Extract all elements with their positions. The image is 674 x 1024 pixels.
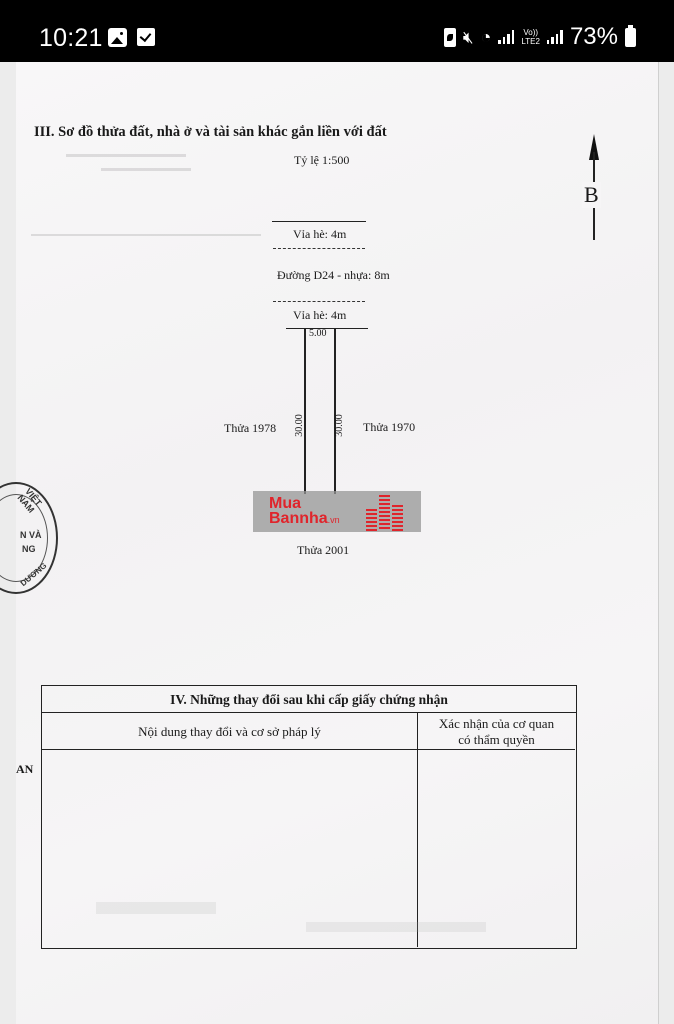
road-label: Đường D24 - nhựa: 8m [277,268,390,283]
column-header-confirmation: Xác nhận của cơ quan có thẩm quyền [418,713,575,750]
parcel-front-line [286,328,368,329]
document-page: III. Sơ đồ thửa đất, nhà ở và tài sản kh… [16,62,658,1024]
parcel-left-boundary [304,328,306,494]
battery-percent: 73% [570,23,618,51]
lte2-label: LTE2 [521,37,540,46]
sidewalk-top-label: Vỉa hè: 4m [293,227,346,242]
gallery-icon [108,28,127,47]
section-iv-title: IV. Những thay đổi sau khi cấp giấy chứn… [42,686,576,713]
column-header-changes: Nội dung thay đổi và cơ sở pháp lý [42,713,418,750]
column-header-confirmation-line1: Xác nhận của cơ quan [418,716,575,732]
parcel-bottom-label: Thửa 2001 [297,543,349,558]
road-dashed-line-top [273,248,365,249]
buildings-icon [366,493,406,531]
right-depth-label: 30.00 [334,414,345,437]
road-edge-top [272,221,366,222]
mute-vibrate-icon: 🔇︎ [463,29,474,46]
bleed-through-mark [96,902,216,914]
parcel-left-label: Thửa 1978 [224,421,276,436]
parcel-right-label: Thửa 1970 [363,420,415,435]
signal-icon [498,30,514,44]
official-stamp: VIỆT NAM N VÀ NG DƯƠNG [0,482,58,594]
page-edge-right [658,62,659,1024]
watermark-logo: Mua Bannha.vn [253,491,421,532]
stamp-text-3: NG [22,544,36,554]
bleed-through-mark [31,234,261,236]
volte-label: Vo)) [521,28,540,37]
watermark-line2: Bannha.vn [269,511,340,528]
frontage-width-label: 5.00 [309,328,327,339]
signal-icon [547,30,563,44]
column-header-confirmation-line2: có thẩm quyền [418,732,575,748]
margin-text: AN [16,762,33,777]
bleed-through-mark [66,154,186,157]
confirmation-content-cell [418,750,575,947]
bleed-through-mark [101,168,191,171]
watermark-suffix: .vn [328,515,340,525]
parcel-right-boundary [334,328,336,494]
north-label: B [582,182,601,208]
bleed-through-mark [306,922,486,932]
sidewalk-bottom-label: Vỉa hè: 4m [293,308,346,323]
checkbox-icon [137,28,155,46]
volte-lte2-icon: Vo)) LTE2 [521,28,540,46]
status-bar: 10:21 🔇︎ ◔ Vo)) LTE2 73% [0,0,674,62]
changes-content-cell [42,750,418,947]
left-depth-label: 30.00 [294,414,305,437]
wifi-icon: ◔ [481,28,492,46]
stamp-text-2: N VÀ [20,530,42,540]
battery-saver-icon [444,28,456,47]
status-icons: 🔇︎ ◔ Vo)) LTE2 73% [444,22,636,52]
scale-label: Tỷ lệ 1:500 [294,153,349,168]
watermark-brand: Bannha [269,510,328,527]
road-dashed-line-bottom [273,301,365,302]
status-time: 10:21 [39,24,103,53]
section-iii-title: III. Sơ đồ thửa đất, nhà ở và tài sản kh… [34,124,387,141]
battery-icon [625,28,636,47]
